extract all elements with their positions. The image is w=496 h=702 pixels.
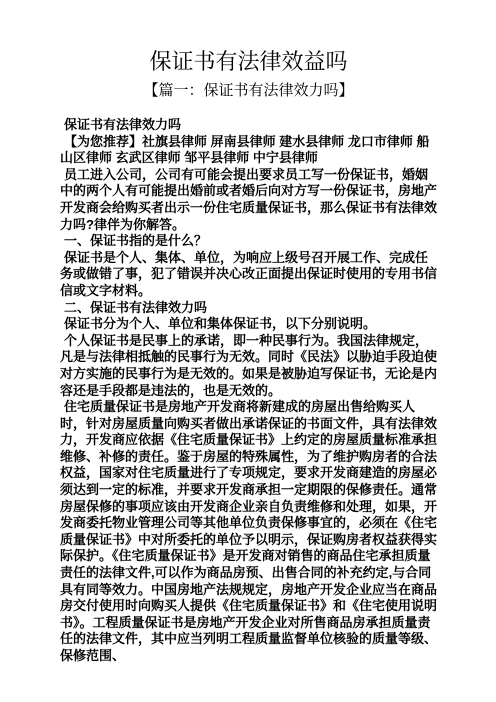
document-page: 保证书有法律效益吗 【篇一：保证书有法律效力吗】 保证书有法律效力吗 【为您推荐… [0, 0, 496, 702]
document-title: 保证书有法律效益吗 [60, 46, 437, 78]
document-body: 保证书有法律效力吗 【为您推荐】社旗县律师 屏南县律师 建水县律师 龙口市律师 … [60, 117, 437, 665]
section-heading: 【篇一：保证书有法律效力吗】 [60, 80, 437, 102]
paragraph-section-1-body: 保证书是个人、集体、单位，为响应上级号召开展工作、完成任务或做错了事，犯了错误并… [60, 250, 437, 300]
paragraph-section-2-heading: 二、保证书有法律效力吗 [60, 300, 437, 317]
paragraph-recommended-lawyers: 【为您推荐】社旗县律师 屏南县律师 建水县律师 龙口市律师 船山区律师 玄武区律… [60, 134, 437, 167]
paragraph-housing-quality-guarantee: 住宅质量保证书是房地产开发商将新建成的房屋出售给购买人时，针对房屋质量向购买者做… [60, 399, 437, 665]
paragraph-section-2-intro: 保证书分为个人、单位和集体保证书，以下分别说明。 [60, 316, 437, 333]
paragraph-personal-guarantee: 个人保证书是民事上的承诺，即一种民事行为。我国法律规定，凡是与法律相抵触的民事行… [60, 333, 437, 399]
paragraph-section-1-heading: 一、保证书指的是什么？ [60, 233, 437, 250]
paragraph-body-heading: 保证书有法律效力吗 [60, 117, 437, 134]
paragraph-intro: 员工进入公司，公司有可能会提出要求员工写一份保证书，婚姻中的两个人有可能提出婚前… [60, 167, 437, 233]
